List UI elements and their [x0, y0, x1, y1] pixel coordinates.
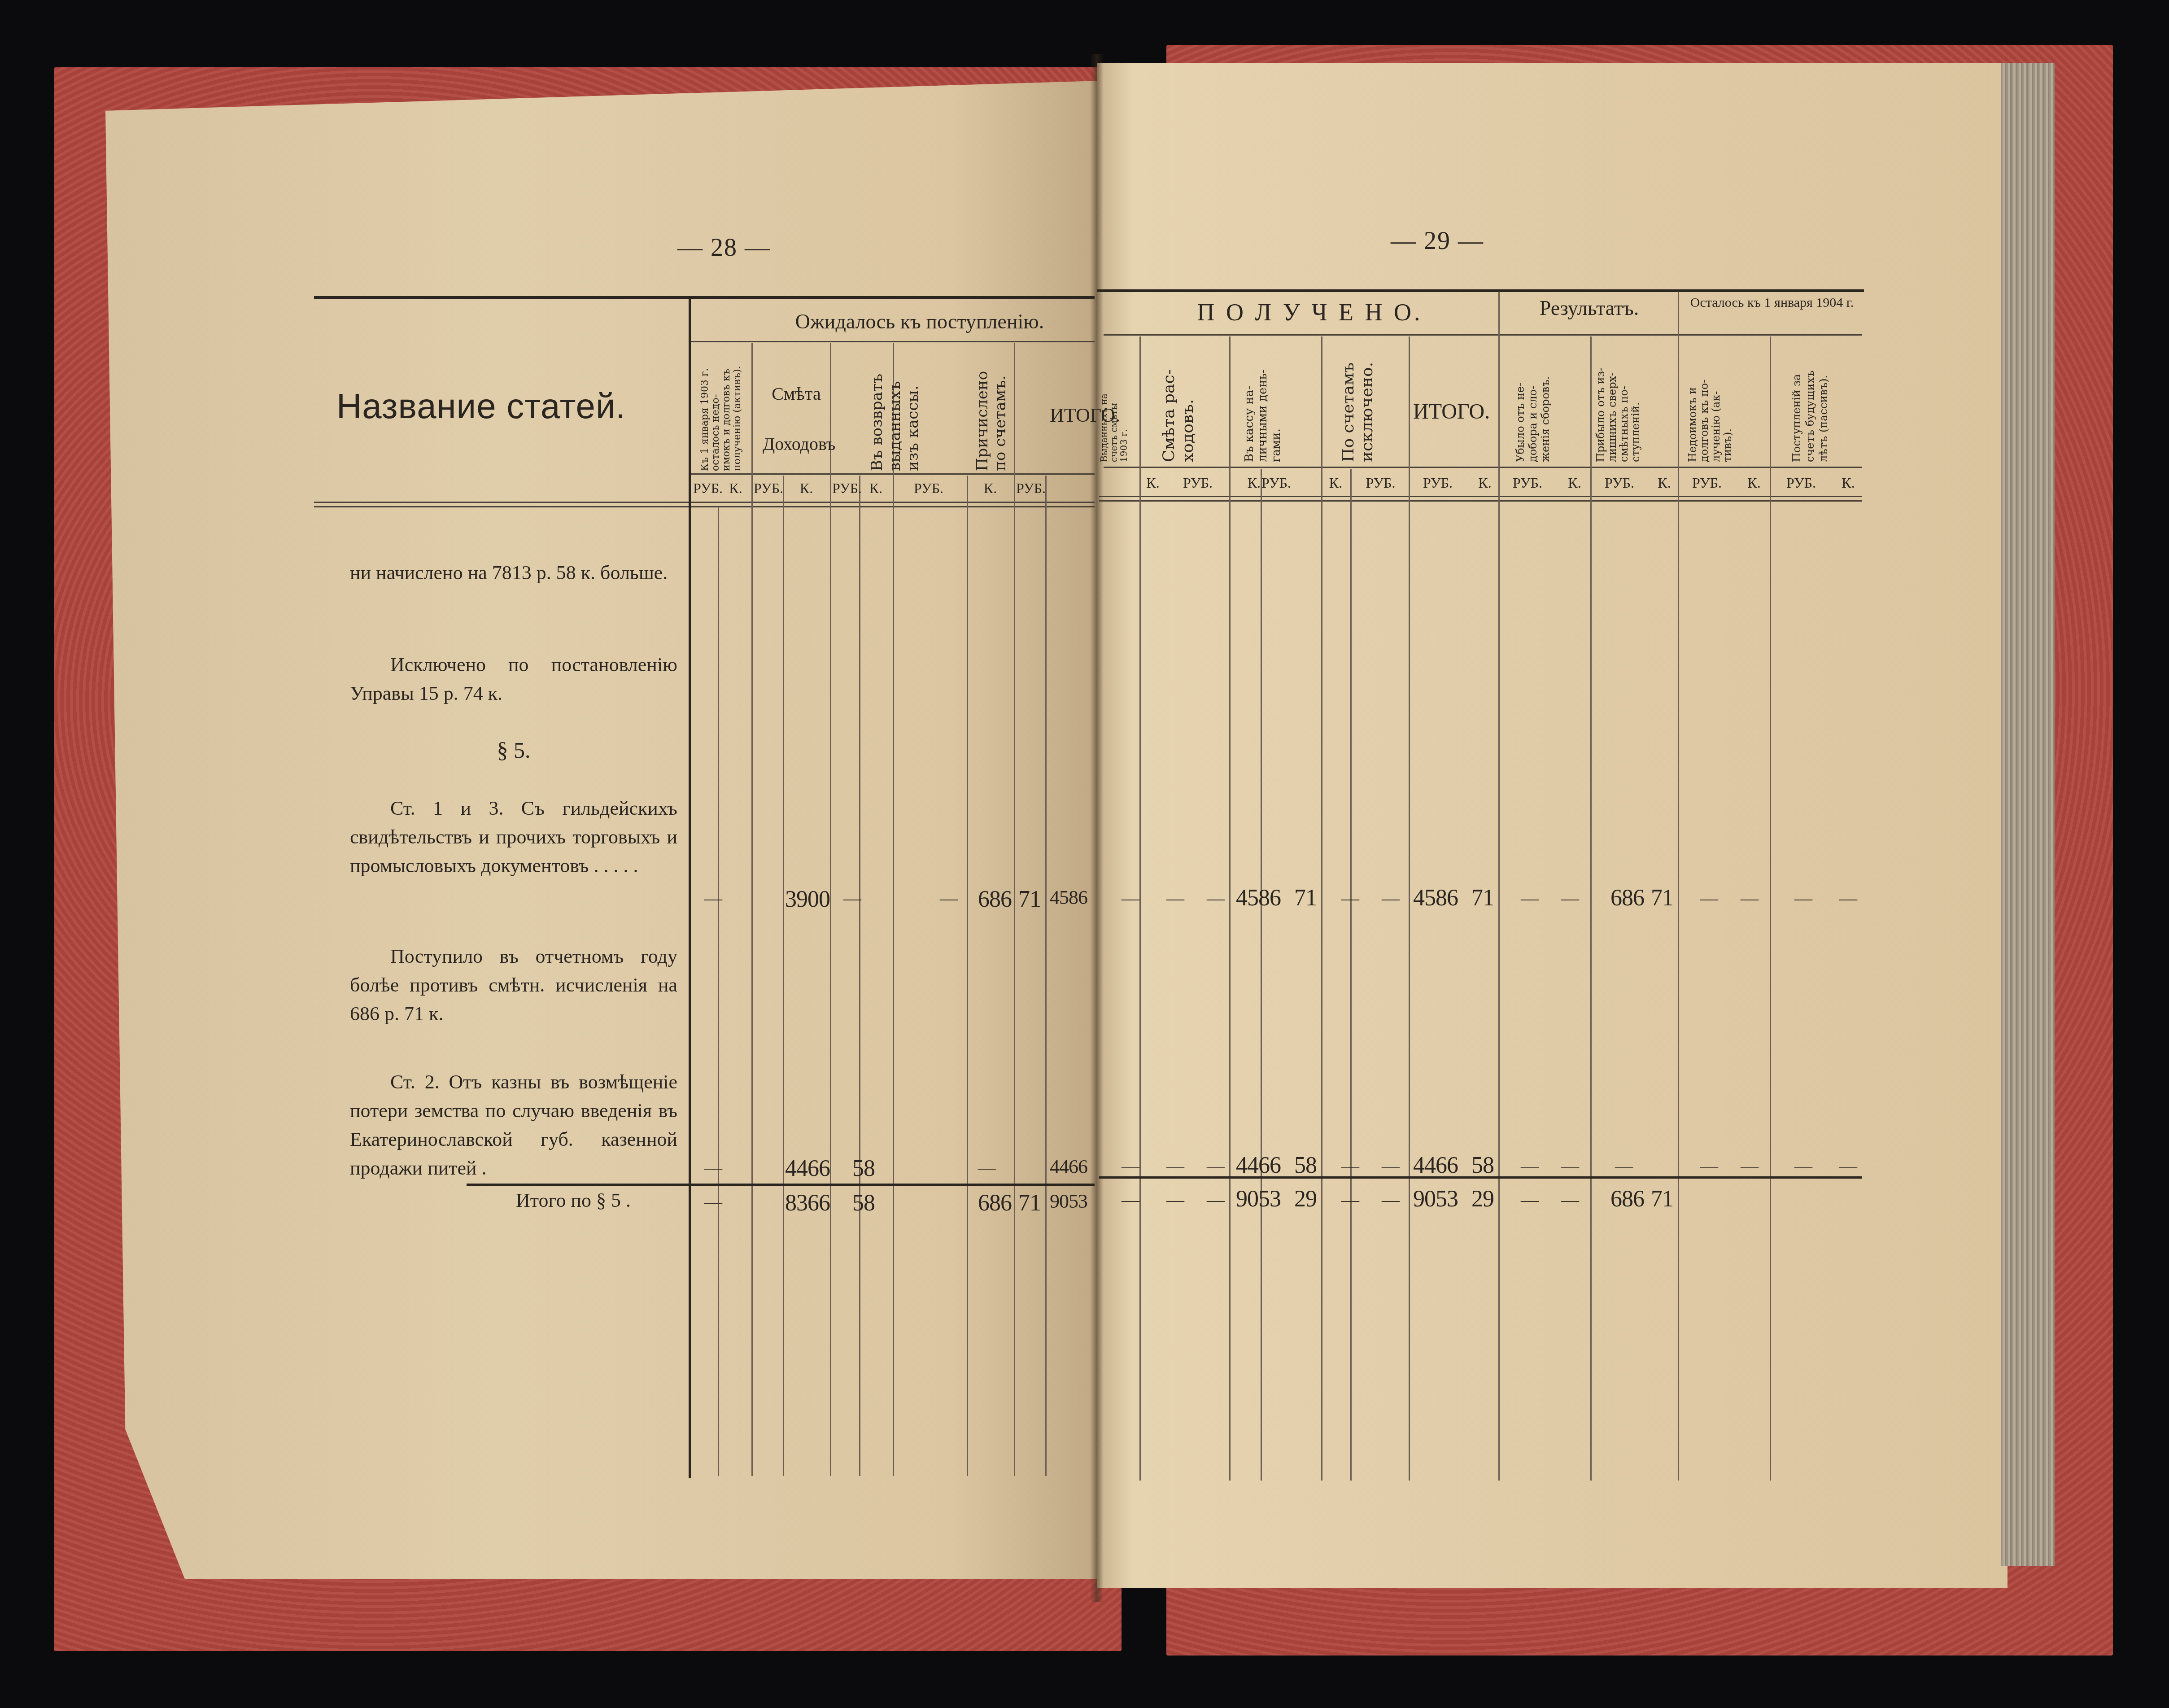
- page-block-edge: [2001, 63, 2055, 1566]
- col-divider: [1014, 343, 1015, 1476]
- unit-kop: К.: [785, 480, 828, 497]
- cell-gain-kop-r1: 71: [1651, 885, 1673, 911]
- unit-kop: К.: [969, 480, 1012, 497]
- unit-rub: РУБ.: [1772, 475, 1830, 491]
- cell-estimate-kop-r1: —: [843, 887, 861, 909]
- col-divider: [967, 476, 968, 1476]
- col-revenue-estimate: Смѣта Доходовъ: [763, 381, 830, 457]
- unit-rub: РУБ.: [1016, 480, 1045, 497]
- col-divider: [1409, 336, 1410, 1481]
- unit-rub: РУБ.: [754, 480, 783, 497]
- unit-rub: РУБ.: [895, 480, 962, 497]
- col-increase: Прибыло отъ из- лишнихъ сверх- смѣтныхъ …: [1595, 354, 1641, 462]
- unit-rub: РУБ.: [1353, 475, 1409, 491]
- col-issued-on-1903-estimate: Выданныхъ на счетъ смѣты 1903 г.: [1099, 359, 1129, 462]
- col-divider: [1590, 336, 1592, 1481]
- header-bottom-rule-right: [1099, 496, 1862, 497]
- header-bottom-rule-right-2: [1099, 500, 1862, 502]
- group-remaining-jan-1904: Осталось къ 1 января 1904 г.: [1680, 294, 1864, 312]
- header-bottom-rule-left-2: [314, 506, 1095, 507]
- cell-added-rub-r1: 686: [978, 886, 1012, 913]
- page-number-right: — 29 —: [1391, 227, 1484, 255]
- cell-total-rub-r3: 9053: [1413, 1186, 1458, 1212]
- col-divider: [1770, 336, 1771, 1481]
- group-expected-receipts: Ожидалось къ поступленію.: [763, 310, 1077, 333]
- col-divider: [1678, 292, 1679, 1481]
- cell-estimate-rub-r2: 4466: [785, 1155, 830, 1182]
- unit-kop: К.: [1741, 475, 1767, 491]
- unit-rub: РУБ.: [1680, 475, 1734, 491]
- unit-rub: РУБ.: [1411, 475, 1465, 491]
- col-future-passive: Поступленій за счетъ будущихъ лѣтъ (пасс…: [1790, 354, 1830, 462]
- cell-estimate-kop-r2: 58: [852, 1155, 875, 1182]
- cell-cash-rub-r2: 4466: [1236, 1152, 1281, 1179]
- unit-kop: К.: [722, 480, 749, 497]
- cell-cash-kop-r3: 29: [1294, 1186, 1317, 1212]
- col-refunds: Въ возвратъ выданныхъ изъ кассы.: [868, 350, 922, 471]
- group-received: П О Л У Ч Е Н О.: [1122, 298, 1498, 326]
- group-rule-left: [691, 341, 1095, 342]
- col-cash-received: Въ кассу на- личными день- гами.: [1243, 354, 1283, 462]
- unit-kop: К.: [1561, 475, 1588, 491]
- col-divider: [751, 343, 753, 1476]
- col-divider: [1261, 469, 1262, 1481]
- unit-rule-right: [1104, 467, 1862, 468]
- cell-added-rub-r3: 686: [978, 1190, 1012, 1216]
- cell-gain-kop-r3: 71: [1651, 1186, 1673, 1212]
- cell-estimate-kop-r3: 58: [852, 1190, 875, 1216]
- cell-cash-kop-r1: 71: [1294, 885, 1317, 911]
- total-rule-left: [467, 1184, 1095, 1186]
- cell-added-rub-r2: —: [978, 1157, 996, 1178]
- page-number-left: — 28 —: [677, 233, 771, 262]
- cell-total-r2: 4466: [1050, 1155, 1087, 1178]
- cell-estimate-rub-r1: 3900: [785, 886, 830, 913]
- cell-gain-rub-r1: 686: [1610, 885, 1644, 911]
- col-divider: [830, 343, 831, 1476]
- cell-gain-rub-r3: 686: [1610, 1186, 1644, 1212]
- table-top-rule-left: [314, 296, 1095, 299]
- unit-kop: К.: [1651, 475, 1678, 491]
- unit-rub: РУБ.: [693, 480, 720, 497]
- col-divider: [1139, 336, 1141, 1481]
- table-top-rule-right: [1097, 289, 1864, 292]
- unit-kop: К.: [1321, 475, 1350, 491]
- cell-total-kop-r1: 71: [1471, 885, 1494, 911]
- header-bottom-rule-left: [314, 502, 1095, 503]
- col-arrears-jan-1903: Къ 1 января 1903 г. осталось недо- имокъ…: [700, 350, 743, 471]
- group-result: Результатъ.: [1501, 296, 1678, 320]
- cell-total-kop-r3: 29: [1471, 1186, 1494, 1212]
- cell-added-kop-r3: 71: [1018, 1190, 1041, 1216]
- col-divider: [893, 343, 894, 1476]
- cell-estimate-rub-r3: 8366: [785, 1190, 830, 1216]
- col-divider: [1045, 476, 1047, 1476]
- col-divider: [1498, 292, 1500, 1481]
- cell-cash-rub-r1: 4586: [1236, 885, 1281, 911]
- col-added-by-accounts: Причислено по счетамъ.: [973, 350, 1009, 471]
- unit-kop: К.: [1835, 475, 1862, 491]
- unit-kop: К.: [1142, 475, 1164, 491]
- cell-added-kop-r1: 71: [1018, 886, 1041, 913]
- cell-cash-rub-r3: 9053: [1236, 1186, 1281, 1212]
- text-received-above-estimate: Поступило въ отчетномъ году болѣе против…: [350, 942, 677, 1028]
- text-article-1-3: Ст. 1 и 3. Съ гильдейскихъ свидѣтельствъ…: [350, 794, 677, 880]
- section-heading: § 5.: [350, 736, 677, 764]
- text-note-accrued: ни начислено на 7813 р. 58 к. больше.: [350, 559, 677, 587]
- col-expense-estimate: Смѣта рас- ходовъ.: [1160, 354, 1197, 462]
- col-excluded-by-accounts: По счетамъ исключено.: [1339, 354, 1377, 462]
- col-divider: [783, 476, 784, 1476]
- cell-cash-kop-r2: 58: [1294, 1152, 1317, 1179]
- col-decrease: Убыло отъ не- добора и сло- женія сборов…: [1514, 354, 1552, 462]
- col-total-received: ИТОГО.: [1413, 399, 1490, 424]
- unit-kop: К.: [861, 480, 890, 497]
- cell-total-rub-r2: 4466: [1413, 1152, 1458, 1179]
- unit-rub: РУБ.: [1231, 475, 1321, 491]
- cell-total-kop-r2: 58: [1471, 1152, 1494, 1179]
- col-divider: [718, 507, 719, 1476]
- text-article-2: Ст. 2. Отъ казны въ возмѣщеніе потери зе…: [350, 1068, 677, 1183]
- book-gutter: [1090, 54, 1104, 1602]
- unit-kop: К.: [1471, 475, 1498, 491]
- col-divider: [1350, 469, 1352, 1481]
- unit-rub: РУБ.: [1593, 475, 1646, 491]
- col-divider: [1229, 336, 1231, 1481]
- text-total-section-5: Итого по § 5 .: [516, 1189, 631, 1212]
- cell-total-r1: 4586: [1050, 886, 1087, 909]
- col-arrears-active: Недоимокъ и долговъ къ по- лученію (ак- …: [1687, 354, 1733, 462]
- cell-refund-r1: —: [940, 887, 958, 909]
- col-divider: [1321, 336, 1322, 1481]
- cell-total-rub-r1: 4586: [1413, 885, 1458, 911]
- unit-rub: РУБ.: [832, 480, 859, 497]
- unit-rub: РУБ.: [1501, 475, 1554, 491]
- name-column-divider: [689, 298, 691, 1478]
- cell-gain-rub-r2: —: [1615, 1155, 1633, 1176]
- group-rule-right: [1104, 334, 1862, 336]
- text-excluded-by-board: Исключено по постановленію Управы 15 р. …: [350, 651, 677, 708]
- cell-total-r3: 9053: [1050, 1190, 1087, 1213]
- column-title-item-names: Название статей.: [336, 386, 626, 427]
- col-divider: [859, 476, 860, 1476]
